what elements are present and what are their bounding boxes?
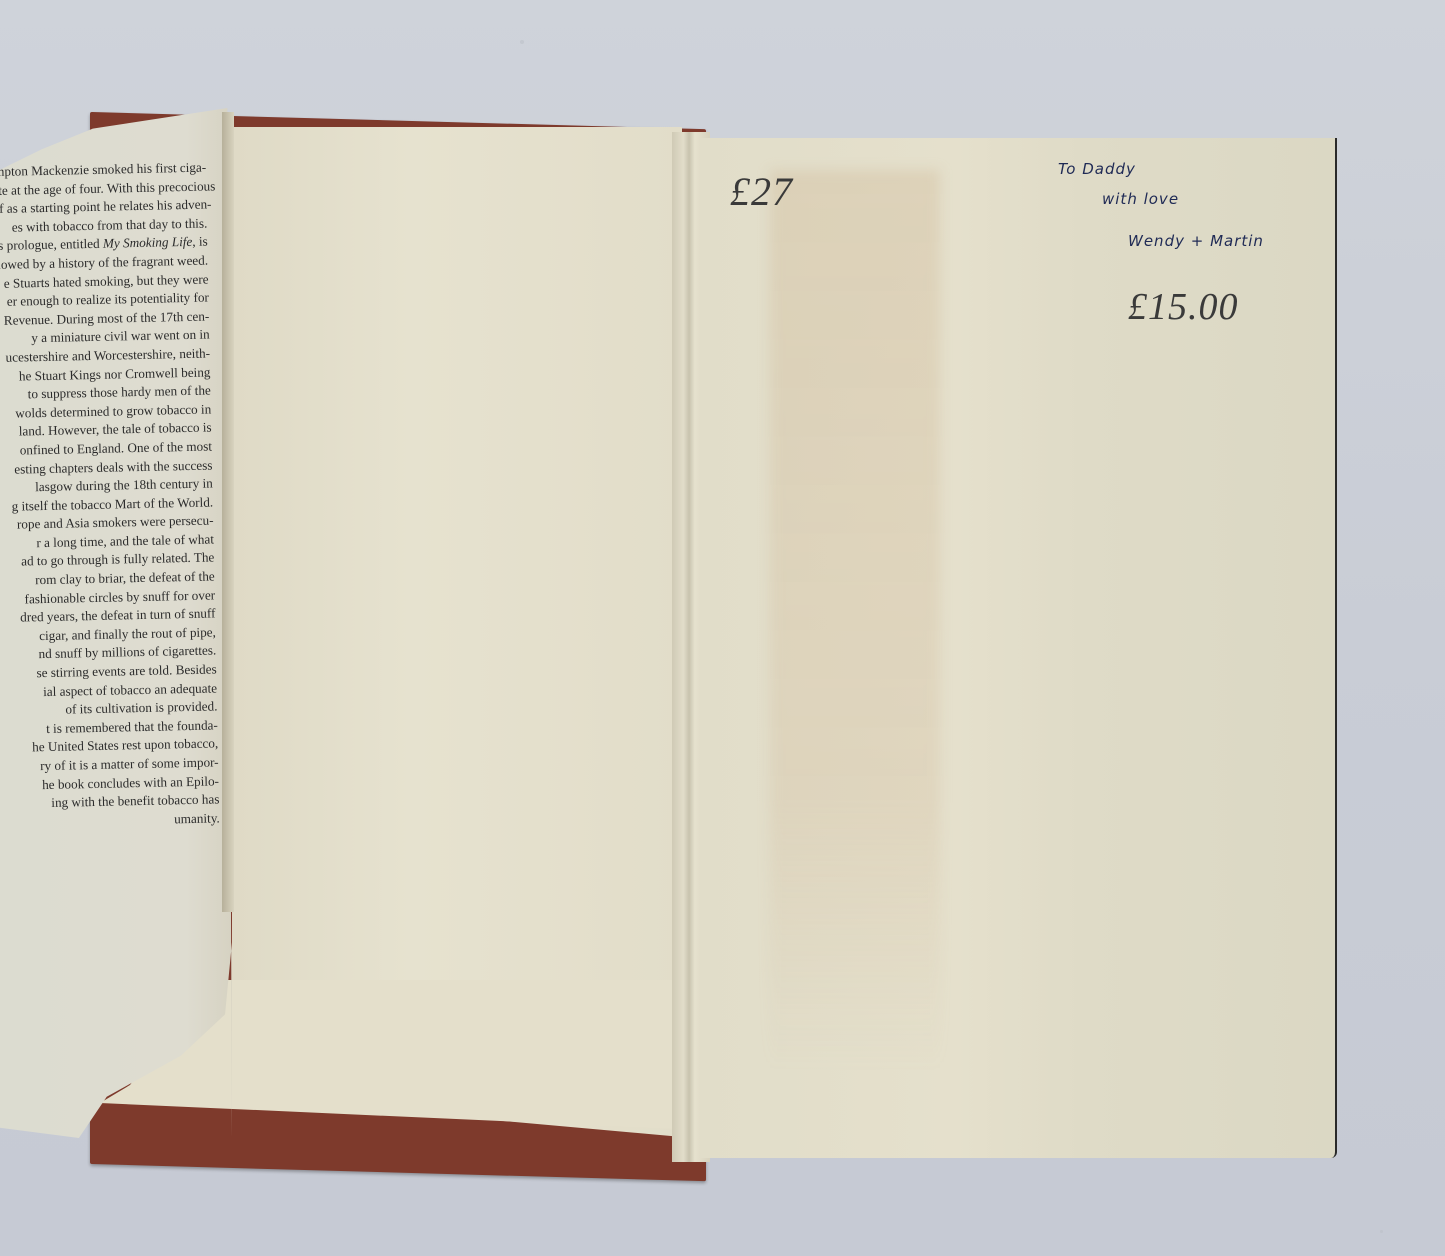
blurb-text: , is bbox=[192, 234, 208, 249]
flap-fold-edge bbox=[222, 112, 234, 912]
surface-speck bbox=[1380, 1230, 1383, 1233]
book-title-italic: My Smoking Life bbox=[103, 234, 193, 251]
inscription-line-3: Wendy + Martin bbox=[1128, 232, 1264, 250]
blurb-text: s prologue, entitled bbox=[0, 236, 103, 253]
pencil-price-top: £27 bbox=[730, 168, 793, 215]
paper-stain bbox=[770, 170, 940, 1070]
pencil-price: £15.00 bbox=[1128, 285, 1239, 329]
inscription-line-2: with love bbox=[1102, 190, 1179, 208]
inscription-line-1: To Daddy bbox=[1058, 160, 1136, 178]
surface-speck bbox=[520, 40, 524, 44]
jacket-blurb: mpton Mackenzie smoked his first ciga- t… bbox=[0, 159, 220, 833]
